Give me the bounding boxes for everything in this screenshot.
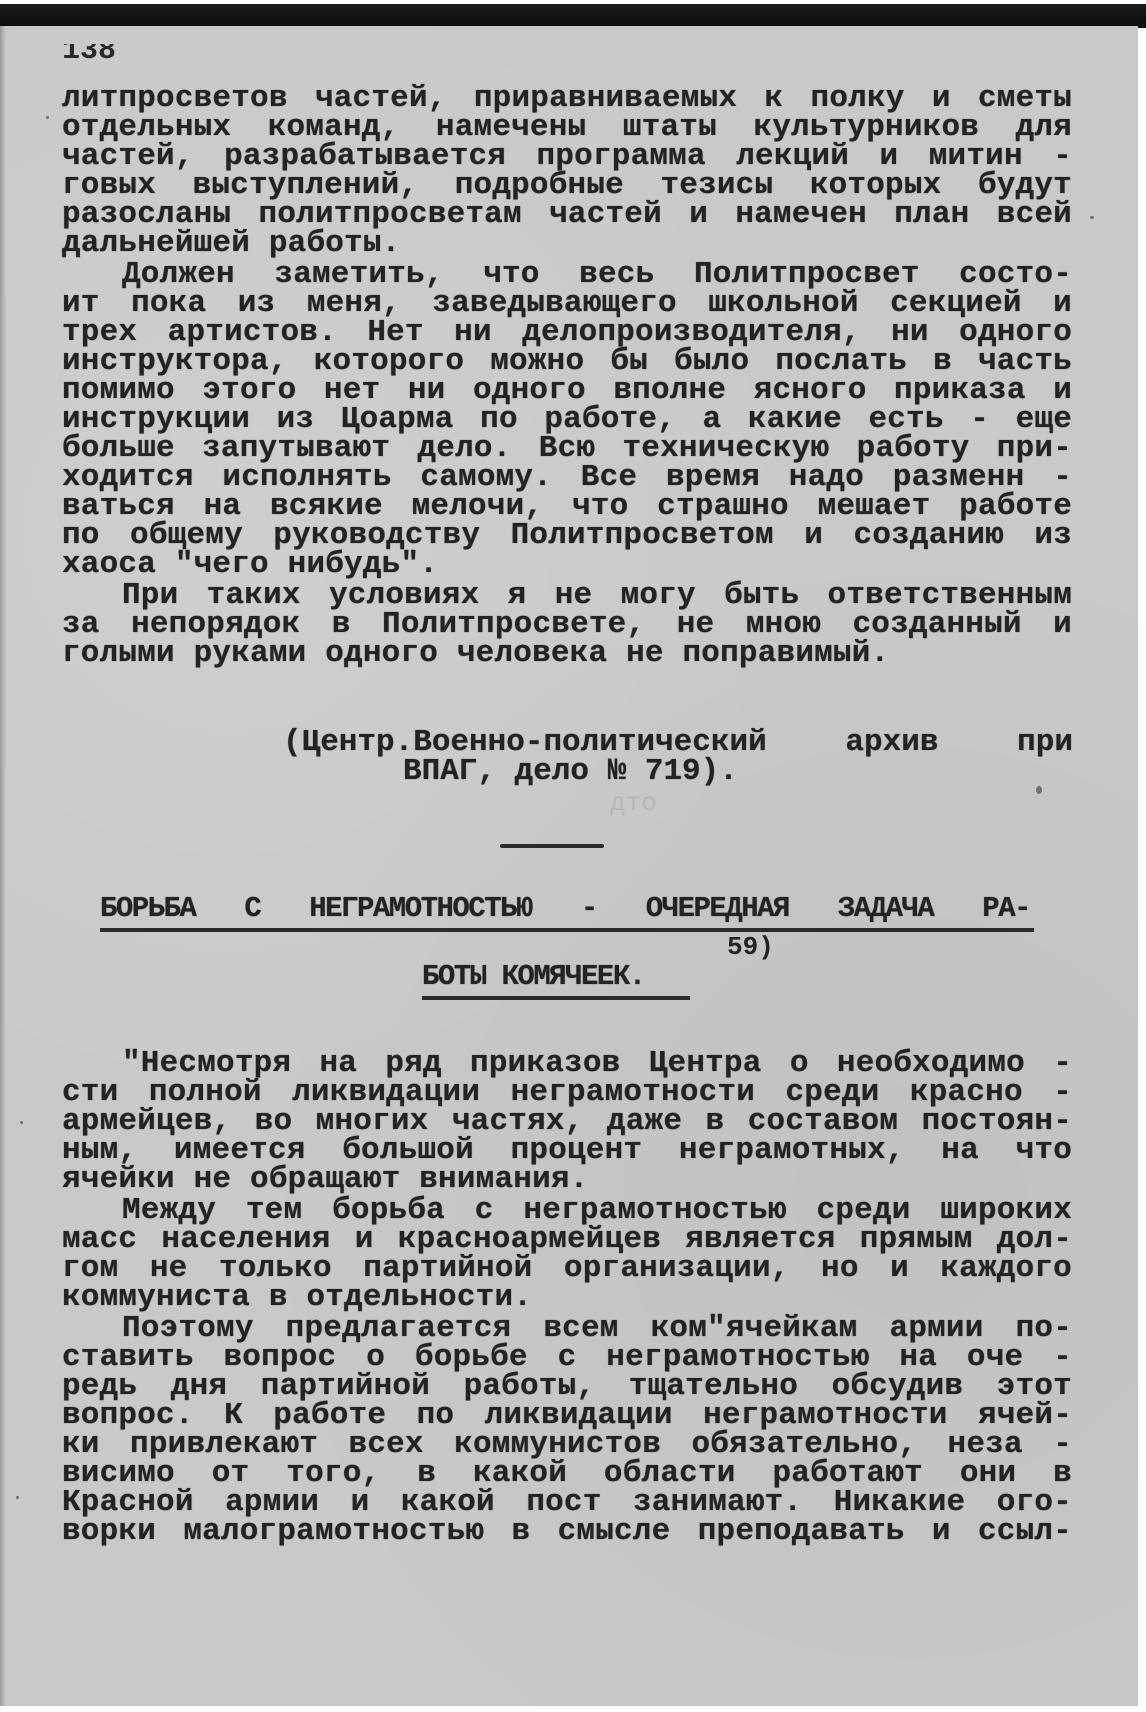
archive-citation-line-2: ВПАГ, дело № 719). — [403, 757, 738, 787]
page-number: 138 — [62, 44, 116, 62]
text-line: ячейки не обращают внимания. — [62, 1165, 1072, 1195]
scan-speck — [46, 116, 49, 119]
text-line: ворки малограмотностью в смысле преподав… — [62, 1517, 1072, 1547]
scan-speck — [1090, 216, 1094, 219]
bleed-through-text: дто — [610, 788, 657, 818]
heading-underline — [100, 928, 1034, 932]
text-line: дальнейшей работы. — [62, 229, 1072, 259]
scan-speck — [1036, 786, 1042, 794]
section-heading-line-1: БОРЬБА С НЕГРАМОТНОСТЬЮ - ОЧЕРЕДНАЯ ЗАДА… — [100, 894, 1030, 924]
heading-underline — [422, 996, 690, 1000]
section-divider — [500, 844, 604, 848]
scan-speck — [20, 1121, 23, 1124]
section-heading-line-2: БОТЫ КОМЯЧЕЕК. — [422, 962, 645, 992]
paper-sheet: 138 литпросветов частей, приравниваемых … — [0, 26, 1138, 1706]
scan-top-border — [0, 4, 1146, 28]
scan-speck — [1040, 1126, 1043, 1129]
text-line: голыми руками одного человека не поправи… — [62, 639, 1072, 669]
text-line: хаоса "чего нибудь". — [62, 550, 1072, 580]
page-left-edge-shadow — [0, 26, 6, 1706]
text-line: коммуниста в отдельности. — [62, 1283, 1072, 1313]
scan-speck — [16, 1496, 19, 1499]
footnote-reference: 59) — [727, 934, 774, 960]
scanned-page: 138 литпросветов частей, приравниваемых … — [0, 0, 1146, 1712]
